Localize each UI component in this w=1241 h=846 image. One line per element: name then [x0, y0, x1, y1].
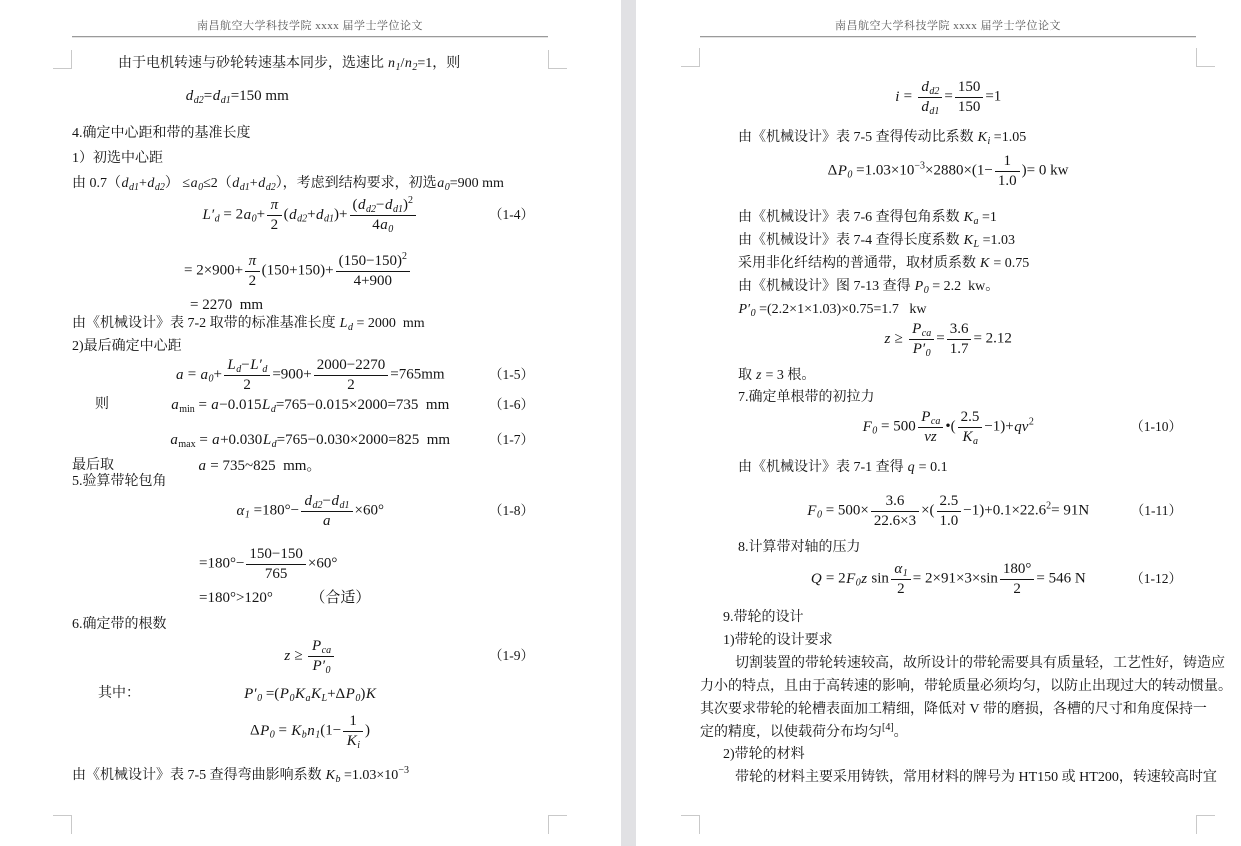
text-line: 8.计算带对轴的压力: [700, 538, 1196, 558]
page-gap: [621, 0, 636, 846]
margin-corner-mark: [681, 815, 700, 834]
text-line: 力小的特点，且由于高转速的影响，带轮质量必须均匀，以防止出现过大的转动惯量。: [700, 677, 1196, 697]
text-line: 由于电机转速与砂轮转速基本同步，选速比 n1/n2=1，则: [72, 54, 548, 74]
text-line: P′0 =(2.2×1×1.03)×0.75=1.7 kw: [700, 300, 1196, 320]
equation-line: L′d = 2a0+π2(dd2+dd1)+(dd2−dd1)24a0（1-4）: [72, 196, 548, 235]
text-line: 2)带轮的材料: [700, 745, 1196, 765]
text-line: 5.验算带轮包角: [72, 472, 548, 492]
fraction: dd2dd1: [918, 78, 943, 117]
margin-corner-mark: [53, 50, 72, 69]
equation-number: （1-10）: [1130, 417, 1182, 437]
text-line: 由《机械设计》表 7-5 查得弯曲影响系数 Kb =1.03×10−3: [72, 766, 548, 786]
text-line: 取 z = 3 根。: [700, 366, 1196, 386]
equation-line: Q = 2F0z sinα12= 2×91×3×sin180°2= 546 N（…: [700, 560, 1196, 599]
line-label: 其中：: [98, 684, 140, 704]
fraction: 2.5Ka: [958, 408, 983, 447]
equation-number: （1-12）: [1130, 569, 1182, 589]
text-line: 其次要求带轮的轮槽表面加工精细，降低对 V 带的磨损，各槽的尺寸和角度保持一: [700, 700, 1196, 720]
text-line: 9.带轮的设计: [700, 608, 1196, 628]
fraction: 150−150765: [246, 545, 305, 584]
equation-line: = 2270 mm: [72, 295, 548, 315]
margin-corner-mark: [1196, 48, 1215, 67]
equation-line: amax = a+0.030Ld=765−0.030×2000=825 mm（1…: [72, 430, 548, 450]
text-line: 2)最后确定中心距: [72, 337, 548, 357]
equation-number: （1-7）: [489, 430, 534, 450]
fraction: 11.0: [995, 152, 1020, 191]
document-page-right[interactable]: 南昌航空大学科技学院 xxxx 届学士学位论文 i = dd2dd1=15015…: [636, 0, 1241, 846]
line-label: 则: [95, 395, 109, 415]
text-line: 由《机械设计》表 7-1 查得 q = 0.1: [700, 458, 1196, 478]
text-line: 由《机械设计》表 7-5 查得传动比系数 Ki =1.05: [700, 128, 1196, 148]
margin-corner-mark: [681, 48, 700, 67]
fraction: 1Ki: [343, 712, 363, 751]
text-line: 采用非化纤结构的普通带，取材质系数 K = 0.75: [700, 254, 1196, 274]
equation-number: （1-11）: [1131, 501, 1182, 521]
equation-line: = 2×900+π2(150+150)+(150−150)24+900: [72, 252, 548, 291]
fraction: Pcavz: [918, 408, 944, 447]
text-line: 6.确定带的根数: [72, 615, 548, 635]
equation-line: F0 = 500Pcavz•(2.5Ka−1)+qv2（1-10）: [700, 408, 1196, 447]
equation-line: =180°>120° （合适）: [72, 588, 548, 608]
text-line: 7.确定单根带的初拉力: [700, 388, 1196, 408]
text-line: 定的精度，以使载荷分布均匀[4]。: [700, 723, 1196, 743]
text-line: 由《机械设计》表 7-6 查得包角系数 Ka =1: [700, 208, 1196, 228]
document-canvas: 南昌航空大学科技学院 xxxx 届学士学位论文 由于电机转速与砂轮转速基本同步，…: [0, 0, 1241, 846]
fraction: 3.61.7: [947, 320, 972, 359]
fraction: 2000−22702: [314, 356, 388, 395]
text-line: 由《机械设计》表 7-4 查得长度系数 KL =1.03: [700, 231, 1196, 251]
equation-line: ΔP0 = Kbn1(1−1Ki): [72, 712, 548, 751]
text-line: 4.确定中心距和带的基准长度: [72, 124, 548, 144]
equation-line: =180°−150−150765×60°: [72, 545, 548, 584]
fraction: 2.51.0: [937, 492, 962, 531]
text-line: 由《机械设计》表 7-2 取带的标准基准长度 Ld = 2000 mm: [72, 314, 548, 334]
fraction: PcaP′0: [909, 320, 935, 359]
equation-number: （1-4）: [489, 205, 534, 225]
fraction: 180°2: [1000, 560, 1035, 599]
fraction: π2: [267, 196, 282, 235]
equation-line: F0 = 500×3.622.6×3×(2.51.0−1)+0.1×22.62=…: [700, 492, 1196, 531]
text-line: 1）初选中心距: [72, 149, 548, 169]
equation-line: i = dd2dd1=150150=1: [700, 78, 1196, 117]
equation-number: （1-5）: [489, 365, 534, 385]
text-line: 切割装置的带轮转速较高，故所设计的带轮需要具有质量轻，工艺性好，铸造应: [700, 654, 1196, 674]
margin-corner-mark: [53, 815, 72, 834]
page-body-content: 由于电机转速与砂轮转速基本同步，选速比 n1/n2=1，则dd2=dd1=150…: [72, 0, 548, 846]
equation-line: 其中：P′0 =(P0KaKL+ΔP0)K: [72, 684, 548, 704]
fraction: dd2−dd1a: [301, 492, 352, 531]
fraction: (150−150)24+900: [336, 252, 410, 291]
text-line: 由 0.7（dd1+dd2） ≤a0≤2（dd1+dd2），考虑到结构要求，初选…: [72, 174, 548, 194]
margin-corner-mark: [548, 815, 567, 834]
fraction: π2: [245, 252, 260, 291]
equation-line: z ≥ PcaP′0（1-9）: [72, 637, 548, 676]
equation-number: （1-6）: [489, 395, 534, 415]
fraction: Ld−L′d2: [224, 356, 270, 395]
equation-line: α1 =180°−dd2−dd1a×60°（1-8）: [72, 492, 548, 531]
equation-line: z ≥ PcaP′0=3.61.7= 2.12: [700, 320, 1196, 359]
margin-corner-mark: [1196, 815, 1215, 834]
fraction: 3.622.6×3: [871, 492, 919, 531]
equation-line: a = a0+Ld−L′d2=900+2000−22702=765mm（1-5）: [72, 356, 548, 395]
fraction: 150150: [955, 78, 984, 117]
margin-corner-mark: [548, 50, 567, 69]
equation-number: （1-9）: [489, 646, 534, 666]
page-body-content: i = dd2dd1=150150=1由《机械设计》表 7-5 查得传动比系数 …: [700, 0, 1196, 846]
fraction: α12: [891, 560, 911, 599]
equation-line: ΔP0 =1.03×10−3×2880×(1−11.0)= 0 kw: [700, 152, 1196, 191]
document-page-left[interactable]: 南昌航空大学科技学院 xxxx 届学士学位论文 由于电机转速与砂轮转速基本同步，…: [0, 0, 621, 846]
fraction: PcaP′0: [308, 637, 334, 676]
equation-line: dd2=dd1=150 mm: [72, 86, 548, 106]
equation-number: （1-8）: [489, 501, 534, 521]
text-line: 1)带轮的设计要求: [700, 631, 1196, 651]
equation-line: 则amin = a−0.015Ld=765−0.015×2000=735 mm（…: [72, 395, 548, 415]
text-line: 由《机械设计》图 7-13 查得 P0 = 2.2 kw。: [700, 277, 1196, 297]
fraction: (dd2−dd1)24a0: [350, 196, 416, 235]
text-line: 带轮的材料主要采用铸铁，常用材料的牌号为 HT150 或 HT200，转速较高时…: [700, 768, 1196, 788]
